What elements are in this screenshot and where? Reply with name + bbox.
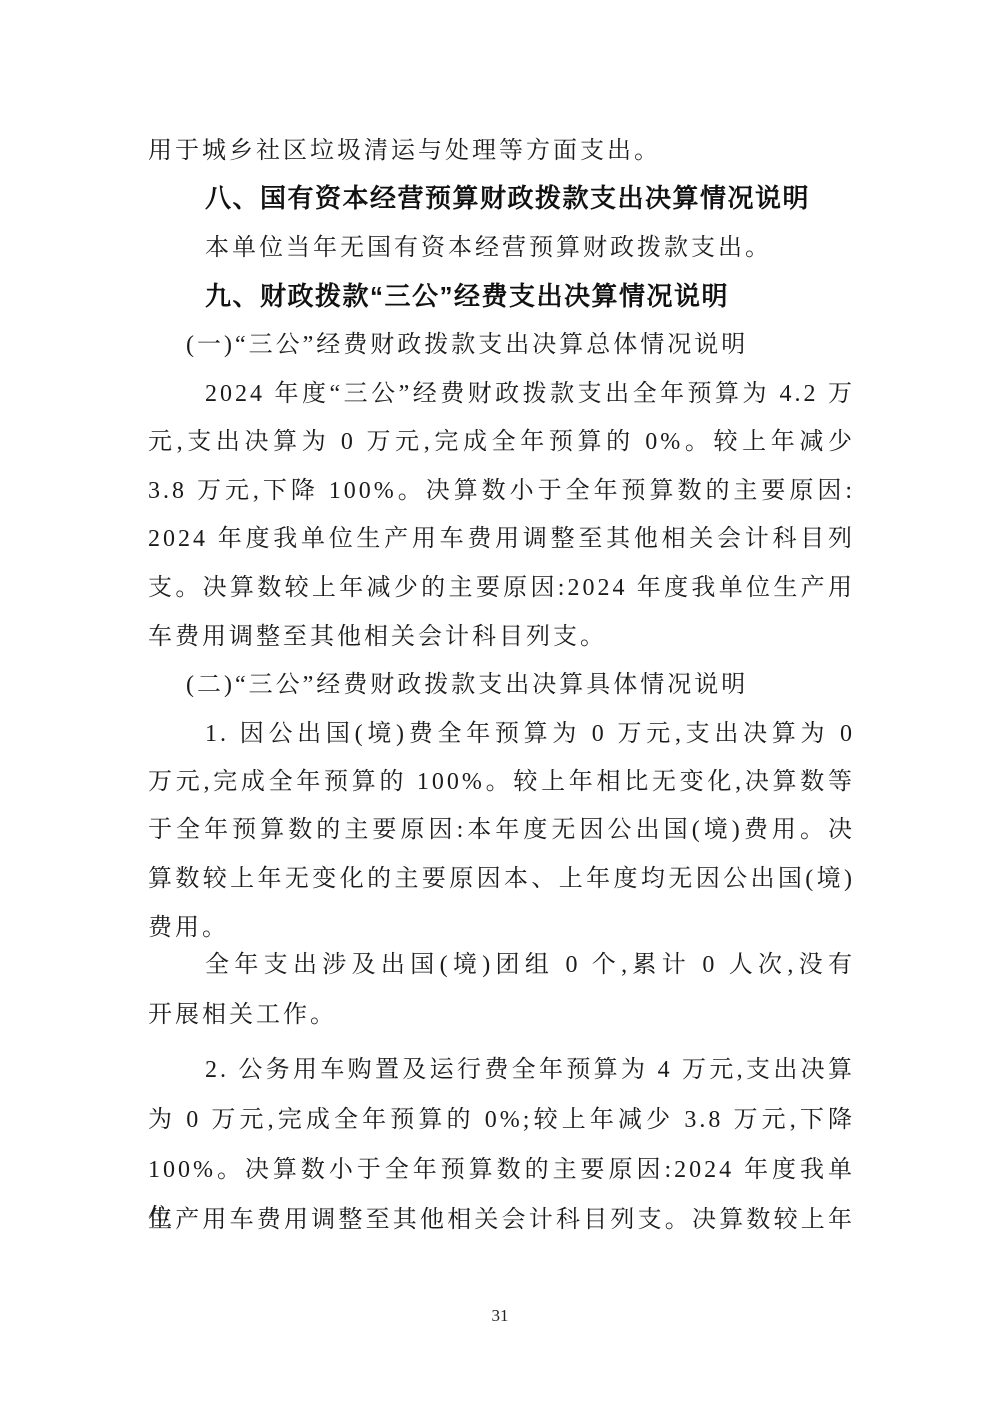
paragraph-line: 算数较上年无变化的主要原因本、上年度均无因公出国(境) — [148, 855, 855, 903]
paragraph-line: 生产用车费用调整至其他相关会计科目列支。决算数较上年 — [148, 1196, 855, 1244]
paragraph-line: 1. 因公出国(境)费全年预算为 0 万元,支出决算为 0 — [148, 710, 855, 758]
paragraph-line: 元,支出决算为 0 万元,完成全年预算的 0%。较上年减少 — [148, 418, 855, 466]
paragraph-line: 100%。决算数小于全年预算数的主要原因:2024 年度我单位 — [148, 1146, 855, 1194]
paragraph-line: 2024 年度我单位生产用车费用调整至其他相关会计科目列 — [148, 515, 855, 563]
section-heading-8: 八、国有资本经营预算财政拨款支出决算情况说明 — [148, 174, 855, 222]
document-page: 用于城乡社区垃圾清运与处理等方面支出。 八、国有资本经营预算财政拨款支出决算情况… — [0, 0, 1000, 1414]
paragraph-line: 万元,完成全年预算的 100%。较上年相比无变化,决算数等 — [148, 758, 855, 806]
paragraph-line: 3.8 万元,下降 100%。决算数小于全年预算数的主要原因: — [148, 467, 855, 515]
subsection-heading-1: (一)“三公”经费财政拨款支出决算总体情况说明 — [148, 321, 855, 369]
paragraph-line: 车费用调整至其他相关会计科目列支。 — [148, 613, 855, 661]
paragraph-line: 2. 公务用车购置及运行费全年预算为 4 万元,支出决算 — [148, 1046, 855, 1094]
paragraph-line: 本单位当年无国有资本经营预算财政拨款支出。 — [148, 224, 855, 272]
paragraph-line: 支。决算数较上年减少的主要原因:2024 年度我单位生产用 — [148, 564, 855, 612]
section-heading-9: 九、财政拨款“三公”经费支出决算情况说明 — [148, 272, 855, 320]
paragraph-line: 于全年预算数的主要原因:本年度无因公出国(境)费用。决 — [148, 806, 855, 854]
paragraph-line: 用于城乡社区垃圾清运与处理等方面支出。 — [148, 127, 855, 175]
paragraph-line: 开展相关工作。 — [148, 991, 855, 1039]
paragraph-line: 全年支出涉及出国(境)团组 0 个,累计 0 人次,没有 — [148, 941, 855, 989]
subsection-heading-2: (二)“三公”经费财政拨款支出决算具体情况说明 — [148, 661, 855, 709]
paragraph-line: 为 0 万元,完成全年预算的 0%;较上年减少 3.8 万元,下降 — [148, 1096, 855, 1144]
paragraph-line: 2024 年度“三公”经费财政拨款支出全年预算为 4.2 万 — [148, 370, 855, 418]
page-number: 31 — [0, 1306, 1000, 1326]
